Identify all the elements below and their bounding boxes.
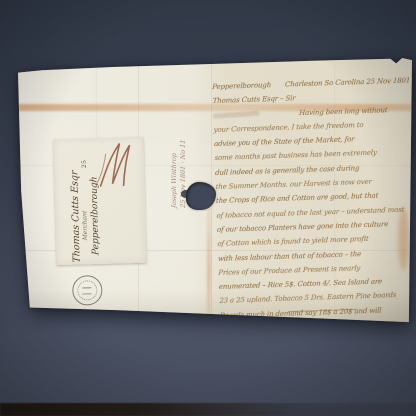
docket-text: Joseph Winthrop 25 Nov 1801 · No 11 xyxy=(170,116,200,208)
rust-stain-streak xyxy=(207,208,211,316)
letter-paper: 25 Thomas Cutts Esqr Merchant Pepperelbo… xyxy=(18,58,412,324)
postmark-stamp xyxy=(72,275,103,306)
address-line-town: Pepperelborough xyxy=(88,176,102,256)
manuscript-lines: your Correspondence, I take the freedom … xyxy=(213,116,416,323)
docket-note: Joseph Winthrop 25 Nov 1801 · No 11 xyxy=(170,116,200,208)
faint-ink-smudge xyxy=(213,111,259,119)
docket-line-1: Joseph Winthrop xyxy=(170,116,179,209)
paper-sheet: 25 Thomas Cutts Esqr Merchant Pepperelbo… xyxy=(18,58,412,324)
manuscript-body: Pepperelborough Charleston So Carolina 2… xyxy=(212,73,416,322)
desk-edge-shadow xyxy=(0,403,416,416)
docket-line-2: 25 Nov 1801 · No 11 xyxy=(179,116,188,209)
letter-photo: { "photo": { "surface_color_top": "#3139… xyxy=(0,0,416,416)
address-panel: 25 Thomas Cutts Esqr Merchant Pepperelbo… xyxy=(53,137,146,265)
address-text: Thomas Cutts Esqr Merchant Pepperelborou… xyxy=(69,154,132,278)
postmark-date-marks xyxy=(82,287,91,294)
